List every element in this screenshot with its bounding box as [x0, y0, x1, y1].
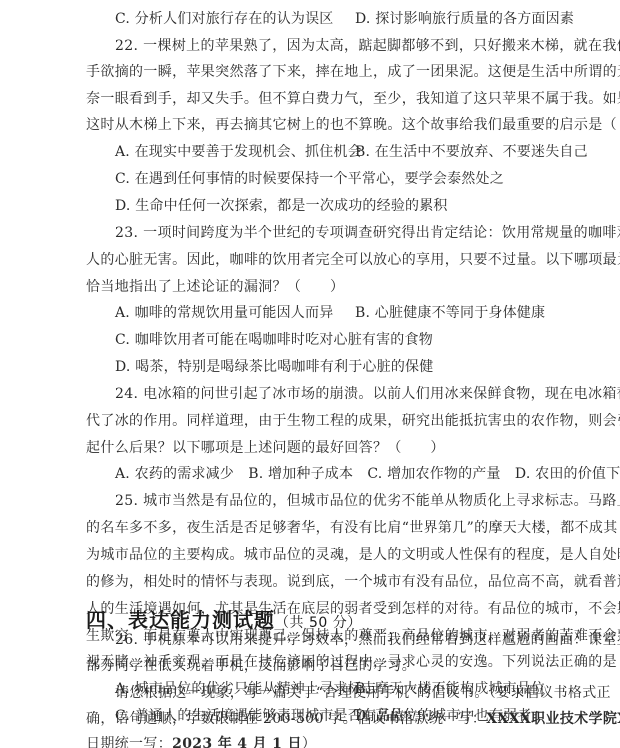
q26-date-label: 日期统一写： — [86, 736, 172, 748]
q22-stem-line-1: 22. 一棵树上的苹果熟了，因为太高，踮起脚都够不到，只好搬来木梯，就在我伸 — [115, 36, 565, 56]
q22-stem-line-3: 奈一眼看到手，却又失手。但不算白费力气，至少，我知道了这只苹果不属于我。如果 — [86, 89, 566, 109]
q23-stem-line-3: 恰当地指出了上述论证的漏洞？（ ） — [86, 277, 566, 297]
q21-option-c: C. 分析人们对旅行存在的认为误区 — [115, 11, 334, 27]
q23-option-c: C. 咖啡饮用者可能在喝咖啡时吃对心脏有害的食物 — [115, 330, 565, 350]
q22-option-a: A. 在现实中要善于发现机会、抓住机会 — [115, 144, 362, 160]
q25-stem-line-3: 为城市品位的主要构成。城市品位的灵魂，是人的文明或人性保有的程度，是人自处时 — [86, 545, 566, 565]
q22-option-b: B. 在生活中不要放弃、不要迷失自己 — [355, 142, 588, 162]
section-4-title: 四、表达能力测试题 — [86, 608, 275, 632]
section-4-score: （共 50 分） — [275, 615, 362, 631]
q24-stem-line-3: 起什么后果？以下哪项是上述问题的最好回答？（ ） — [86, 438, 566, 458]
q24-options: A. 农药的需求减少 B. 增加种子成本 C. 增加农作物的产量 D. 农田的价… — [115, 464, 565, 484]
q25-stem-line-1: 25. 城市当然是有品位的，但城市品位的优劣不能单从物质化上寻求标志。马路上 — [115, 491, 565, 511]
q26-instruction-line-2: 确，语句通顺，字数限制在 200-500 字。倡议书落款统一写：XXXX职业技术… — [86, 709, 566, 729]
q24-stem-line-2: 代了冰的作用。同样道理，由于生物工程的成果，研究出能抵抗害虫的农作物，则会引 — [86, 411, 566, 431]
q23-stem-line-1: 23. 一项时间跨度为半个世纪的专项调查研究得出肯定结论：饮用常规量的咖啡对 — [115, 223, 565, 243]
q22-stem-line-4: 这时从木梯上下来，再去摘其它树上的也不算晚。这个故事给我们最重要的启示是（ ） — [86, 115, 566, 135]
q26-date-value: 2023 年 4 月 1 日 — [172, 736, 302, 748]
section-4-heading: 四、表达能力测试题（共 50 分） — [86, 604, 362, 633]
q23-options-ab: A. 咖啡的常规饮用量可能因人而异 B. 心脏健康不等同于身体健康 — [115, 303, 565, 323]
q22-options-ab: A. 在现实中要善于发现机会、抓住机会 B. 在生活中不要放弃、不要迷失自己 — [115, 142, 565, 162]
q26-stem-line-1: 26. 手机原本可以用来提升学习效率，然而我们经常看到这样尴尬的画面：课堂上， — [115, 630, 565, 650]
q21-options-cd: C. 分析人们对旅行存在的认为误区 D. 探讨影响旅行质量的各方面因素 — [115, 9, 565, 29]
q22-option-c: C. 在遇到任何事情的时候要保持一个平常心，要学会泰然处之 — [115, 169, 565, 189]
q26-closing-paren: ） — [302, 736, 316, 748]
q23-stem-line-2: 人的心脏无害。因此，咖啡的饮用者完全可以放心的享用，只要不过量。以下哪项最为 — [86, 250, 566, 270]
q22-stem-line-2: 手欲摘的一瞬，苹果突然落了下来，摔在地上，成了一团果泥。这便是生活中所谓的无 — [86, 62, 566, 82]
q26-instruction-line-1: 请您根据这一现象，写一篇关于“合理使用手机”的倡议书。（要求倡议书格式正 — [115, 683, 565, 703]
q26-signature: XXXX职业技术学院XXX, — [486, 711, 620, 727]
q21-option-d: D. 探讨影响旅行质量的各方面因素 — [355, 9, 574, 29]
q25-stem-line-4: 的修为，相处时的情怀与表现。说到底，一个城市有没有品位，品位高不高，就看普通 — [86, 572, 566, 592]
q22-option-d: D. 生命中任何一次探索，都是一次成功的经验的累积 — [115, 196, 565, 216]
q26-instruction-line-3: 日期统一写：2023 年 4 月 1 日） — [86, 734, 566, 748]
q26-stem-line-2: 部分同学在低头玩着手机，反而影响了自己的学习。 — [86, 656, 566, 676]
q25-stem-line-2: 的名车多不多，夜生活是否足够奢华，有没有比肩“世界第几”的摩天大楼，都不成其 — [86, 518, 566, 538]
q24-stem-line-1: 24. 电冰箱的问世引起了冰市场的崩溃。以前人们用冰来保鲜食物，现在电冰箱替 — [115, 384, 565, 404]
q23-option-b: B. 心脏健康不等同于身体健康 — [355, 303, 545, 323]
q26-instruction-text: 确，语句通顺，字数限制在 200-500 字。倡议书落款统一写： — [86, 711, 486, 727]
q23-option-d: D. 喝茶，特别是喝绿茶比喝咖啡有利于心脏的保健 — [115, 357, 565, 377]
q23-option-a: A. 咖啡的常规饮用量可能因人而异 — [115, 305, 333, 321]
exam-page: C. 分析人们对旅行存在的认为误区 D. 探讨影响旅行质量的各方面因素 22. … — [0, 0, 620, 748]
